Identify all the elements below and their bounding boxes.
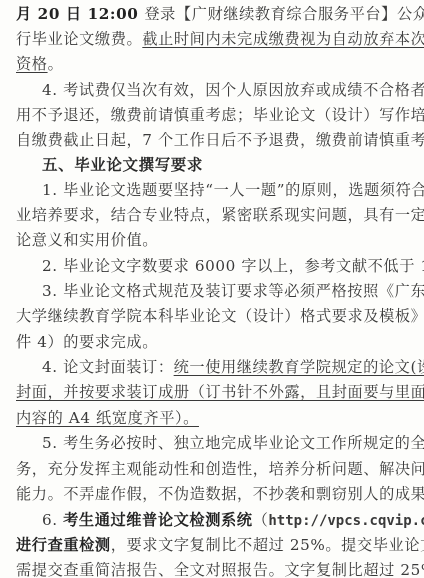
underlined-notice: 截止时间内未完成缴费视为自动放弃本次报名 xyxy=(142,30,424,48)
text-line-15: 4. 论文封面装订：统一使用继续教育学院规定的论文(设计) xyxy=(42,355,414,379)
text-line-13: 大学继续教育学院本科毕业论文（设计）格式要求及模板》（附 xyxy=(16,304,414,328)
date-text: 月 20 日 12:00 xyxy=(16,5,144,23)
text-line-21: 6. 考生通过维普论文检测系统（http://vpcs.cqvip.com） xyxy=(42,508,414,532)
line-text: （ xyxy=(253,511,269,529)
underlined-notice: 内容的 A4 纸宽度齐平）。 xyxy=(16,409,199,427)
line-text: 大学继续教育学院本科毕业论文（设计）格式要求及模板》（附 xyxy=(16,307,424,325)
text-line-2: 行毕业论文缴费。截止时间内未完成缴费视为自动放弃本次报名 xyxy=(16,27,414,51)
text-line-1: 月 20 日 12:00 登录【广财继续教育综合服务平台】公众号，进 xyxy=(16,2,414,26)
text-line-19: 务，充分发挥主观能动性和创造性，培养分析问题、解决问题的 xyxy=(16,457,414,481)
line-text: 1. 毕业论文选题要坚持“一人一题”的原则，选题须符合专 xyxy=(42,181,424,199)
line-text: 登录【广财继续教育综合服务平台】公众号，进 xyxy=(144,5,424,23)
text-line-12: 3. 毕业论文格式规范及装订要求等必须严格按照《广东财经 xyxy=(42,279,414,303)
section-heading: 五、毕业论文撰写要求 xyxy=(42,153,414,177)
line-text: ，要求文字复制比不超过 25%。提交毕业论文时， xyxy=(111,536,424,554)
line-text: 行毕业论文缴费。 xyxy=(16,30,142,48)
line-text: 能力。不弄虚作假，不伪造数据，不抄袭和剽窃别人的成果。 xyxy=(16,485,424,503)
line-text: 自缴费截止日起，7 个工作日后不予退费，缴费前请慎重考虑。 xyxy=(16,131,424,149)
section-title: 五、毕业论文撰写要求 xyxy=(42,156,203,174)
text-line-6: 自缴费截止日起，7 个工作日后不予退费，缴费前请慎重考虑。 xyxy=(16,128,414,152)
line-text: 需提交查重简洁报告、全文对照报告。文字复制比超过 25%的， xyxy=(16,561,424,578)
underlined-notice: 资格 xyxy=(16,55,48,73)
text-line-22: 进行查重检测，要求文字复制比不超过 25%。提交毕业论文时， xyxy=(16,533,414,557)
line-text: 5. 考生务必按时、独立地完成毕业论文工作所规定的全部任 xyxy=(42,434,424,452)
line-text: 论意义和实用价值。 xyxy=(16,231,158,249)
url-text: http://vpcs.cqvip.com xyxy=(268,513,424,529)
bold-system-name: 考生通过维普论文检测系统 xyxy=(63,511,252,529)
text-line-5: 用不予退还，缴费前请慎重考虑；毕业论文（设计）写作培训费， xyxy=(16,103,414,127)
text-line-17: 内容的 A4 纸宽度齐平）。 xyxy=(16,406,414,430)
text-line-23: 需提交查重简洁报告、全文对照报告。文字复制比超过 25%的， xyxy=(16,558,414,578)
text-line-3: 资格。 xyxy=(16,52,414,76)
line-text: 6. xyxy=(42,511,63,529)
line-text: 3. 毕业论文格式规范及装订要求等必须严格按照《广东财经 xyxy=(42,282,424,300)
line-text: 4. 考试费仅当次有效，因个人原因放弃或成绩不合格者，费 xyxy=(42,81,424,99)
line-text: 件 4）的要求完成。 xyxy=(16,333,158,351)
text-line-4: 4. 考试费仅当次有效，因个人原因放弃或成绩不合格者，费 xyxy=(42,78,414,102)
underlined-notice: 封面，并按要求装订成册（订书针不外露，且封面要与里面打印 xyxy=(16,383,424,401)
text-line-14: 件 4）的要求完成。 xyxy=(16,330,414,354)
line-text: 2. 毕业论文字数要求 6000 字以上，参考文献不低于 15 篇。 xyxy=(42,257,424,275)
line-text: 务，充分发挥主观能动性和创造性，培养分析问题、解决问题的 xyxy=(16,460,424,478)
text-line-10: 论意义和实用价值。 xyxy=(16,228,414,252)
text-line-18: 5. 考生务必按时、独立地完成毕业论文工作所规定的全部任 xyxy=(42,431,414,455)
line-text: 业培养要求，结合专业特点，紧密联系现实问题，具有一定的理 xyxy=(16,206,424,224)
text-line-8: 1. 毕业论文选题要坚持“一人一题”的原则，选题须符合专 xyxy=(42,178,414,202)
text-line-16: 封面，并按要求装订成册（订书针不外露，且封面要与里面打印 xyxy=(16,380,414,404)
bold-check-text: 进行查重检测 xyxy=(16,536,111,554)
line-text: 。 xyxy=(48,55,64,73)
text-line-11: 2. 毕业论文字数要求 6000 字以上，参考文献不低于 15 篇。 xyxy=(42,254,414,278)
line-text: 4. 论文封面装订： xyxy=(42,358,174,376)
underlined-notice: 统一使用继续教育学院规定的论文(设计) xyxy=(174,358,424,376)
text-line-9: 业培养要求，结合专业特点，紧密联系现实问题，具有一定的理 xyxy=(16,203,414,227)
text-line-20: 能力。不弄虚作假，不伪造数据，不抄袭和剽窃别人的成果。 xyxy=(16,482,414,506)
line-text: 用不予退还，缴费前请慎重考虑；毕业论文（设计）写作培训费， xyxy=(16,106,424,124)
